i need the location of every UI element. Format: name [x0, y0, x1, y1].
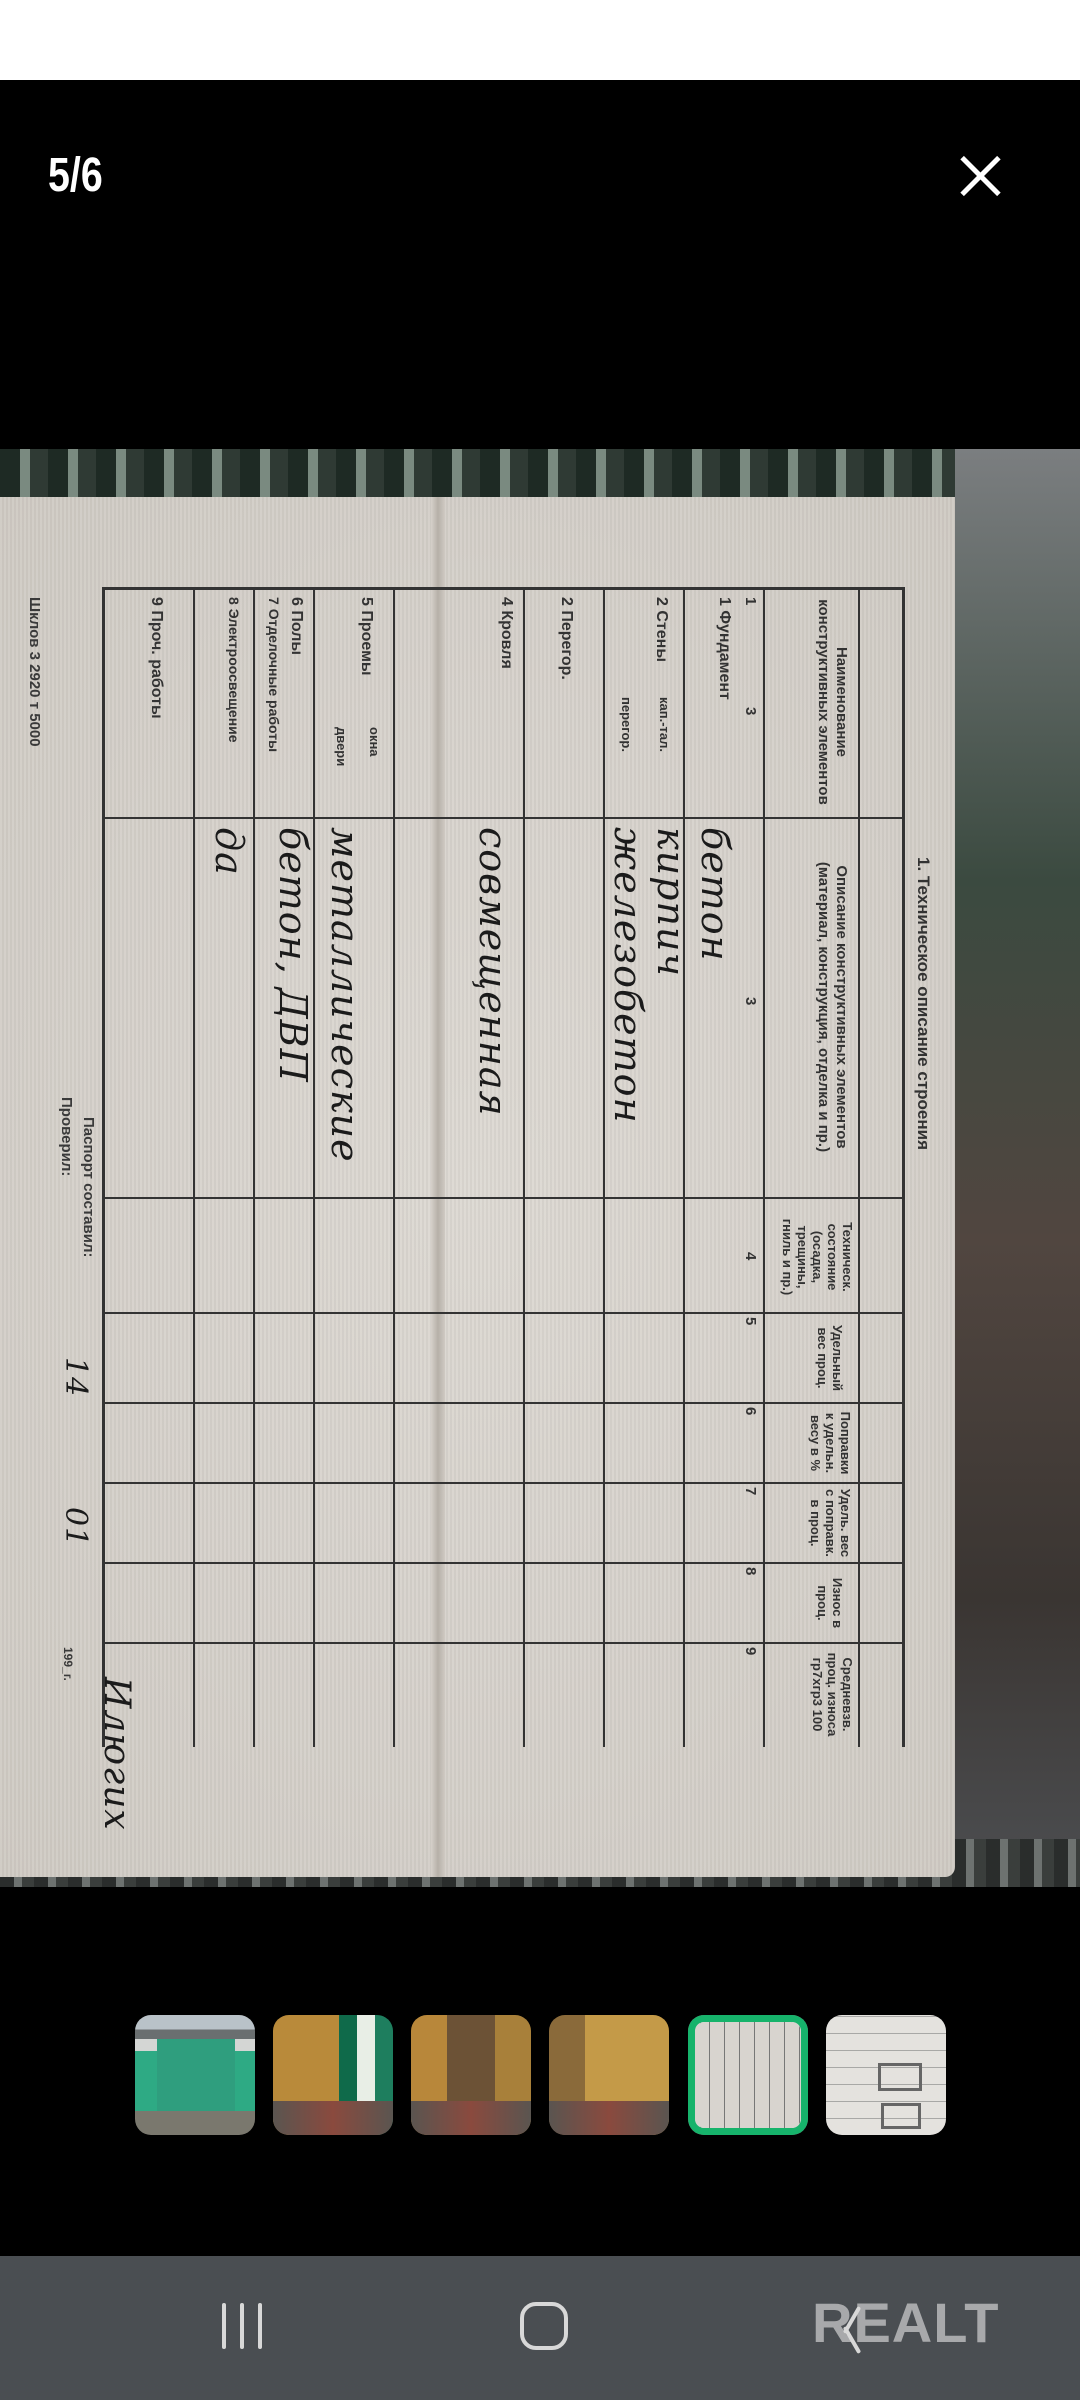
technical-passport-document: 1. Техническое описание строения: [0, 497, 955, 1877]
table-rule: [105, 817, 905, 819]
close-icon[interactable]: [952, 148, 1008, 204]
status-bar: [0, 0, 1080, 80]
table-rule: [105, 1482, 905, 1484]
header-col3: Описание конструктивных элементов (матер…: [814, 827, 850, 1187]
document-spine: [431, 497, 445, 1877]
row-value-walls: кирпич: [649, 827, 693, 977]
row-label-lighting: 8 Электроосвещение: [225, 597, 243, 743]
header-col8: Износ в проц.: [815, 1567, 845, 1639]
table-rule: [253, 587, 255, 1747]
compiled-by-label: Паспорт составил:: [80, 1117, 97, 1257]
recents-bar: [222, 2303, 226, 2349]
date-month: 01: [58, 1507, 93, 1547]
table-rule: [523, 587, 525, 1747]
header-col1: Наименование конструктивных элементов: [814, 597, 850, 807]
header-col6: Поправки к удельн. весу в %: [808, 1407, 853, 1479]
row-label-openings: 5 Проемы: [357, 597, 375, 676]
table-rule: [102, 587, 105, 1747]
table-rule: [603, 587, 605, 1747]
column-number: 3: [742, 707, 759, 715]
thumbnail-image: [549, 2101, 669, 2135]
recents-bar: [240, 2303, 244, 2349]
row-value-doors: металлические: [323, 827, 367, 1163]
thumbnail-image: [157, 2039, 235, 2111]
row-sub-windows: окна: [365, 727, 383, 757]
table-rule: [105, 1562, 905, 1564]
row-value-roof: совмещенная: [471, 827, 515, 1117]
thumbnail-3[interactable]: [411, 2015, 531, 2135]
table-rule: [763, 587, 765, 1747]
row-value-walls-partition: железобетон: [606, 827, 650, 1124]
print-mark: Шклов 3 2920 т 5000: [26, 597, 43, 747]
row-sub-walls-partition: перегор.: [617, 697, 635, 752]
row-value-floors: бетон, ДВП: [271, 827, 315, 1083]
table-rule: [393, 587, 395, 1747]
row-label-walls: 2 Стены: [652, 597, 670, 662]
thumbnail-image: [695, 2022, 801, 2128]
row-sub-doors: двери: [332, 727, 350, 766]
column-number: 3: [742, 997, 759, 1005]
image-counter: 5/6: [48, 148, 103, 203]
rug-background: [955, 449, 1080, 1887]
thumbnail-strip: [0, 2015, 1080, 2135]
row-sub-walls-capital: кап.-тал.: [655, 697, 673, 752]
column-number: 4: [742, 1252, 759, 1260]
thumbnail-image: [881, 2103, 921, 2129]
thumbnail-6[interactable]: [826, 2015, 946, 2135]
back-icon[interactable]: [834, 2303, 874, 2351]
date-year: 199_г.: [61, 1647, 75, 1681]
thumbnail-1[interactable]: [135, 2015, 255, 2135]
signature: Илюгих: [96, 1677, 137, 1831]
document-photo: 1. Техническое описание строения: [0, 497, 955, 1877]
row-label-foundation: 1 Фундамент: [715, 597, 733, 700]
row-label-other: 9 Проч. работы: [147, 597, 165, 719]
row-label-finishing: 7 Отделочные работы: [265, 597, 283, 752]
recents-bar: [258, 2303, 262, 2349]
row-label-partitions: 2 Перегор.: [557, 597, 575, 680]
table-rule: [105, 1197, 905, 1199]
row-value-foundation: бетон: [693, 827, 737, 962]
column-number: 8: [742, 1567, 759, 1575]
row-label-floors: 6 Полы: [287, 597, 305, 655]
header-col4: Техническ. состояние (осадка, трещины, г…: [780, 1207, 855, 1307]
column-number: 7: [742, 1487, 759, 1495]
thumbnail-5-selected[interactable]: [688, 2015, 808, 2135]
column-number: 9: [742, 1647, 759, 1655]
row-label-roof: 4 Кровля: [497, 597, 515, 669]
header-col7: Удель. вес с поправк. в проц.: [808, 1487, 853, 1559]
table-rule: [193, 587, 195, 1747]
header-col9: Средневзв. проц. износа гр7хгр3 100: [810, 1647, 855, 1742]
thumbnail-2[interactable]: [273, 2015, 393, 2135]
thumbnail-image: [411, 2101, 531, 2135]
home-icon[interactable]: [520, 2302, 568, 2350]
column-number: 6: [742, 1407, 759, 1415]
column-number: 1: [742, 597, 759, 605]
table-rule: [313, 587, 315, 1747]
main-photo[interactable]: 1. Техническое описание строения: [0, 449, 1080, 1887]
thumbnail-4[interactable]: [549, 2015, 669, 2135]
table-rule: [105, 1402, 905, 1404]
table-rule: [858, 587, 860, 1747]
rug-background: [0, 449, 1080, 497]
thumbnail-image: [878, 2063, 922, 2091]
column-number: 5: [742, 1317, 759, 1325]
table-border: [105, 587, 905, 590]
thumbnail-image: [273, 2101, 393, 2135]
document-title: 1. Техническое описание строения: [913, 857, 933, 1150]
table-border: [902, 587, 905, 1747]
table-rule: [105, 1642, 905, 1644]
recents-icon[interactable]: [220, 2303, 264, 2349]
row-value-lighting: да: [207, 827, 251, 876]
date-day: 14: [58, 1357, 93, 1397]
table-rule: [683, 587, 685, 1747]
checked-by-label: Проверил:: [58, 1097, 75, 1176]
header-col5: Удельный вес проц.: [815, 1317, 845, 1399]
table-rule: [105, 1312, 905, 1314]
